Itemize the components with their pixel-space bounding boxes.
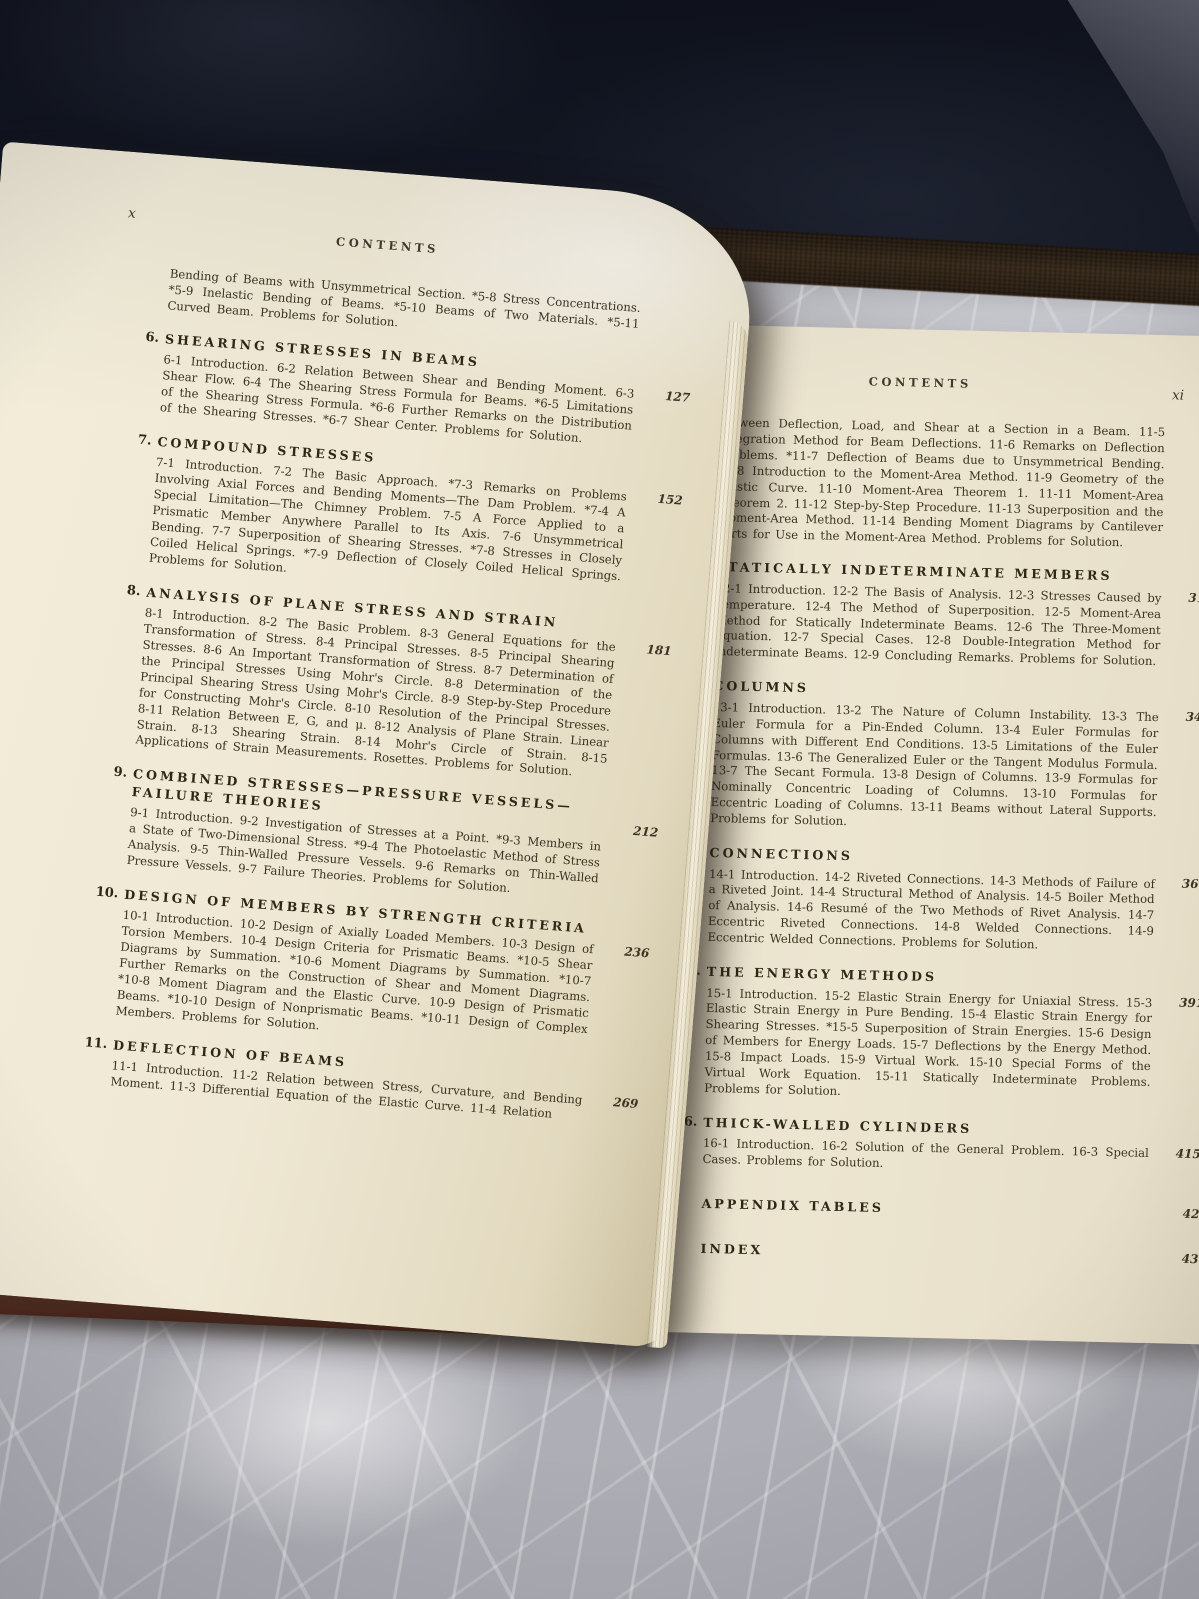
section-page-number: 391 bbox=[1156, 973, 1199, 1108]
toc-section: 10. DESIGN OF MEMBERS BY STRENGTH CRITER… bbox=[75, 883, 651, 1058]
toc-section: 7. COMPOUND STRESSES 7-1 Introduction. 7… bbox=[108, 430, 684, 605]
toc-section: 15. THE ENERGY METHODS 15-1 Introduction… bbox=[668, 962, 1199, 1108]
section-main: INDEX bbox=[700, 1240, 1146, 1268]
section-body: 13-1 Introduction. 13-2 The Nature of Co… bbox=[710, 700, 1159, 837]
section-number: 11. bbox=[70, 1033, 108, 1090]
section-page-number: 342 bbox=[1162, 688, 1199, 839]
section-page-number: 367 bbox=[1159, 854, 1199, 957]
section-title: APPENDIX TABLES bbox=[701, 1195, 1147, 1223]
toc-section: INDEX 43 bbox=[664, 1239, 1194, 1269]
section-main: ANALYSIS OF PLANE STRESS AND STRAIN 8-1 … bbox=[135, 583, 618, 783]
section-main: DESIGN OF MEMBERS BY STRENGTH CRITERIA 1… bbox=[115, 886, 596, 1054]
toc-section: 13. COLUMNS 13-1 Introduction. 13-2 The … bbox=[674, 676, 1199, 838]
toc-section: 8. ANALYSIS OF PLANE STRESS AND STRAIN 8… bbox=[95, 580, 674, 787]
book-photo: CONTENTS xi between Deflection, Load, an… bbox=[0, 0, 1199, 1599]
section-page-number: 127 bbox=[636, 365, 692, 455]
section-body: 8-1 Introduction. 8-2 The Basic Problem.… bbox=[135, 606, 616, 783]
continuation-paragraph: between Deflection, Load, and Shear at a… bbox=[717, 415, 1166, 552]
right-sections: 12. STATICALLY INDETERMINATE MEMBERS 12-… bbox=[664, 557, 1199, 1268]
section-main: DEFLECTION OF BEAMS 11-1 Introduction. 1… bbox=[110, 1036, 585, 1125]
section-main: STATICALLY INDETERMINATE MEMBERS 12-1 In… bbox=[714, 558, 1162, 670]
toc-section: 12. STATICALLY INDETERMINATE MEMBERS 12-… bbox=[678, 557, 1199, 671]
section-number: 7. bbox=[108, 430, 152, 566]
section-page-number: 152 bbox=[625, 468, 685, 605]
section-main: COMPOUND STRESSES 7-1 Introduction. 7-2 … bbox=[148, 433, 629, 601]
section-main: THE ENERGY METHODS 15-1 Introduction. 15… bbox=[704, 963, 1153, 1107]
toc-section: 16. THICK-WALLED CYLINDERS 16-1 Introduc… bbox=[666, 1113, 1197, 1179]
section-body: 12-1 Introduction. 12-2 The Basis of Ana… bbox=[714, 581, 1162, 671]
section-page-number: 236 bbox=[592, 921, 652, 1058]
section-body: 14-1 Introduction. 14-2 Riveted Connecti… bbox=[707, 866, 1155, 956]
toc-section: APPENDIX TABLES 42 bbox=[665, 1194, 1195, 1224]
section-page-number: 269 bbox=[587, 1071, 641, 1129]
section-number: 6. bbox=[120, 327, 160, 415]
section-main: COLUMNS 13-1 Introduction. 13-2 The Natu… bbox=[710, 677, 1159, 837]
section-page-number: 43 bbox=[1152, 1250, 1198, 1269]
right-page-header: CONTENTS xi bbox=[684, 370, 1199, 412]
section-page-number: 415 bbox=[1154, 1124, 1199, 1179]
continuation-row: between Deflection, Load, and Shear at a… bbox=[681, 414, 1199, 553]
section-title: INDEX bbox=[700, 1240, 1146, 1268]
section-page-number: 181 bbox=[612, 618, 674, 787]
running-head: CONTENTS bbox=[133, 220, 643, 271]
section-main: SHEARING STRESSES IN BEAMS 6-1 Introduct… bbox=[159, 330, 636, 450]
section-page-number: 42 bbox=[1153, 1205, 1199, 1224]
section-main: APPENDIX TABLES bbox=[701, 1195, 1147, 1223]
section-number: 10. bbox=[75, 883, 119, 1019]
section-page-number: 212 bbox=[603, 800, 660, 907]
section-main: COMBINED STRESSES—PRESSURE VESSELS—FAILU… bbox=[126, 765, 604, 903]
toc-section: 14. CONNECTIONS 14-1 Introduction. 14-2 … bbox=[671, 843, 1199, 957]
left-page: x CONTENTS Bending of Beams with Unsymme… bbox=[0, 141, 759, 1348]
section-main: THICK-WALLED CYLINDERS 16-1 Introduction… bbox=[702, 1114, 1149, 1178]
section-page-number: 310 bbox=[1166, 569, 1199, 672]
page-folio: xi bbox=[1172, 387, 1184, 403]
left-sections: 6. SHEARING STRESSES IN BEAMS 6-1 Introd… bbox=[70, 327, 692, 1129]
toc-section: 9. COMBINED STRESSES—PRESSURE VESSELS—FA… bbox=[86, 763, 660, 908]
section-number: 9. bbox=[86, 763, 127, 869]
section-main: CONNECTIONS 14-1 Introduction. 14-2 Rive… bbox=[707, 844, 1155, 956]
running-head: CONTENTS bbox=[684, 370, 1156, 395]
section-body: 15-1 Introduction. 15-2 Elastic Strain E… bbox=[704, 985, 1152, 1106]
section-number: 8. bbox=[95, 580, 141, 748]
section-body: 16-1 Introduction. 16-2 Solution of the … bbox=[702, 1136, 1149, 1178]
